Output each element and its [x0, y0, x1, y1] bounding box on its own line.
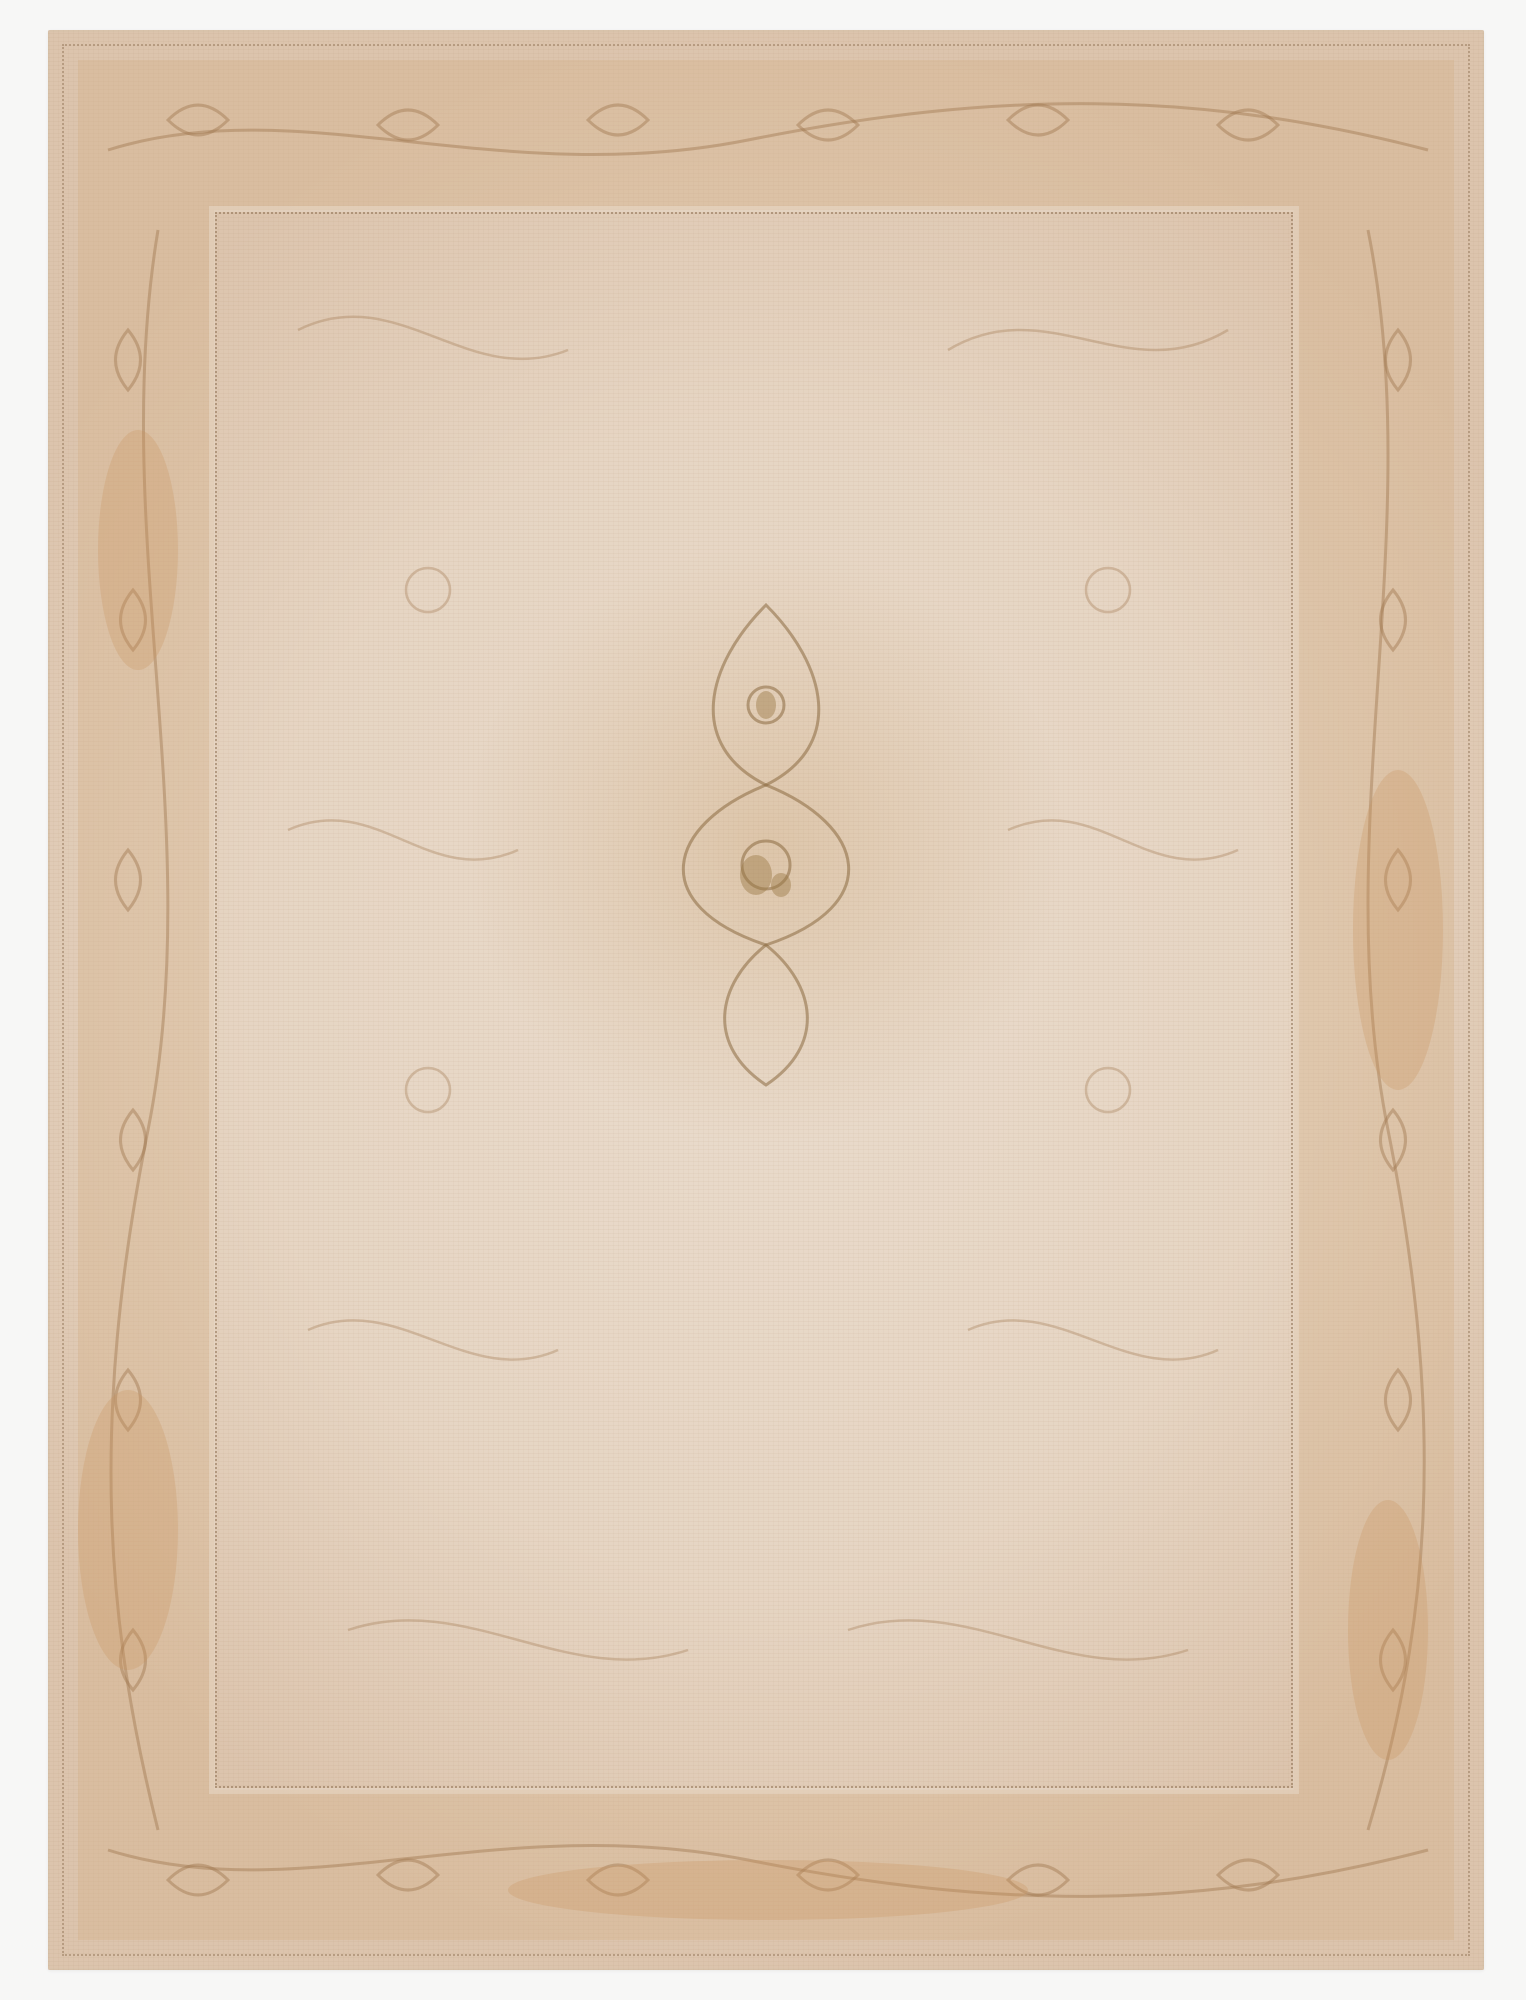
central-medallion [606, 585, 926, 1105]
rug [48, 30, 1484, 1970]
